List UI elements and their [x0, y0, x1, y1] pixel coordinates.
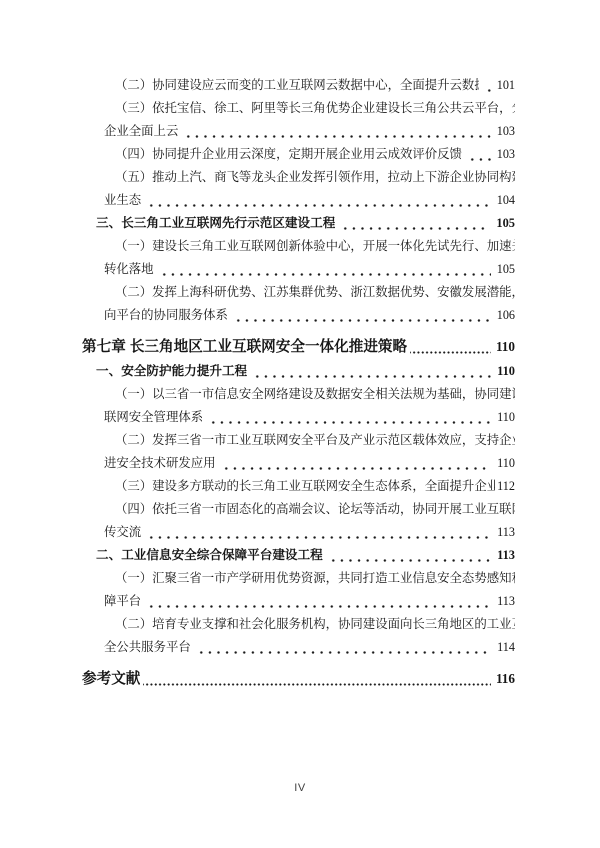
toc-page-number: 104: [497, 189, 515, 212]
toc-entry-text: （二）协同建设应云而变的工业互联网云数据中心，全面提升云数据服务水平: [115, 74, 479, 97]
toc-line: （一）汇聚三省一市产学研用优势资源，共同打造工业信息安全态势感知和综合保: [82, 567, 515, 590]
toc-line: （五）推动上汽、商飞等龙头企业发挥引领作用，拉动上下游企业协同构建云上产: [82, 166, 515, 189]
toc-line: （二）培育专业支撑和社会化服务机构，协同建设面向长三角地区的工业互联网安: [82, 613, 515, 636]
table-of-contents: （二）协同建设应云而变的工业互联网云数据中心，全面提升云数据服务水平101（三）…: [82, 74, 515, 692]
toc-entry-text: （四）协同提升企业用云深度，定期开展企业用云成效评价反馈: [115, 143, 462, 166]
toc-line: 业生态104: [82, 189, 515, 212]
dot-leader: [232, 304, 491, 327]
toc-entry: （一）建设长三角工业互联网创新体验中心，开展一体化先试先行、加速关键技术转化落地…: [82, 235, 515, 281]
toc-entry: （五）推动上汽、商飞等龙头企业发挥引领作用，拉动上下游企业协同构建云上产业生态1…: [82, 166, 515, 212]
toc-page-number: 113: [497, 521, 515, 544]
toc-line: （一）以三省一市信息安全网络建设及数据安全相关法规为基础，协同建设工业互: [82, 383, 515, 406]
dot-leader: [145, 590, 491, 613]
toc-entry-text: 转化落地: [104, 258, 154, 281]
toc-line: 障平台113: [82, 590, 515, 613]
dot-leader: [145, 189, 491, 212]
toc-entry-text: （二）发挥上海科研优势、江苏集群优势、浙江数据优势、安徽发展潜能，构建面: [115, 281, 515, 304]
toc-entry: （二）协同建设应云而变的工业互联网云数据中心，全面提升云数据服务水平101: [82, 74, 515, 97]
toc-entry-text: 第七章 长三角地区工业互联网安全一体化推进策略: [82, 334, 407, 360]
toc-entry-text: 一、安全防护能力提升工程: [96, 360, 247, 383]
toc-page-number: 105: [497, 258, 515, 281]
toc-entry-text: （一）以三省一市信息安全网络建设及数据安全相关法规为基础，协同建设工业互: [115, 383, 515, 406]
toc-entry: 参考文献116: [82, 666, 515, 692]
toc-line: （二）发挥三省一市工业互联网安全平台及产业示范区载体效应，支持企业协同推: [82, 429, 515, 452]
toc-entry-text: （一）建设长三角工业互联网创新体验中心，开展一体化先试先行、加速关键技术: [115, 235, 515, 258]
toc-entry: （二）发挥上海科研优势、江苏集群优势、浙江数据优势、安徽发展潜能，构建面向平台的…: [82, 281, 515, 327]
toc-line: （一）建设长三角工业互联网创新体验中心，开展一体化先试先行、加速关键技术: [82, 235, 515, 258]
dot-leader: [207, 406, 491, 429]
dot-leader: [145, 521, 491, 544]
dot-leader: [466, 143, 491, 166]
toc-entry: （一）以三省一市信息安全网络建设及数据安全相关法规为基础，协同建设工业互联网安全…: [82, 383, 515, 429]
toc-line: （四）依托三省一市固态化的高端会议、论坛等活动，协同开展工业互联网安全宣: [82, 498, 515, 521]
toc-entry-text: （三）依托宝信、徐工、阿里等长三角优势企业建设长三角公共云平台，分类推进: [115, 97, 515, 120]
toc-entry: （四）协同提升企业用云深度，定期开展企业用云成效评价反馈103: [82, 143, 515, 166]
toc-entry-text: 参考文献: [82, 666, 140, 692]
toc-page-number: 110: [496, 334, 515, 360]
dot-leader: [143, 666, 491, 692]
toc-entry: （二）培育专业支撑和社会化服务机构，协同建设面向长三角地区的工业互联网安全公共服…: [82, 613, 515, 659]
toc-page-number: 110: [497, 406, 515, 429]
toc-line: 进安全技术研发应用110: [82, 452, 515, 475]
toc-page-number: 116: [496, 666, 515, 692]
toc-page-number: 114: [497, 636, 515, 659]
toc-entry: 第七章 长三角地区工业互联网安全一体化推进策略110: [82, 334, 515, 360]
toc-entry: （二）发挥三省一市工业互联网安全平台及产业示范区载体效应，支持企业协同推进安全技…: [82, 429, 515, 475]
toc-line: 参考文献116: [82, 666, 515, 692]
toc-entry-text: 联网安全管理体系: [104, 406, 203, 429]
toc-line: 第七章 长三角地区工业互联网安全一体化推进策略110: [82, 334, 515, 360]
toc-entry-text: （二）培育专业支撑和社会化服务机构，协同建设面向长三角地区的工业互联网安: [115, 613, 515, 636]
toc-page-number: 103: [497, 143, 515, 166]
toc-entry: （一）汇聚三省一市产学研用优势资源，共同打造工业信息安全态势感知和综合保障平台1…: [82, 567, 515, 613]
toc-line: 传交流113: [82, 521, 515, 544]
toc-line: （四）协同提升企业用云深度，定期开展企业用云成效评价反馈103: [82, 143, 515, 166]
toc-entry-text: （三）建设多方联动的长三角工业互联网安全生态体系，全面提升企业安全防护能力: [115, 475, 495, 498]
toc-entry: 一、安全防护能力提升工程110: [82, 360, 515, 383]
toc-line: （三）建设多方联动的长三角工业互联网安全生态体系，全面提升企业安全防护能力112: [82, 475, 515, 498]
toc-line: （二）协同建设应云而变的工业互联网云数据中心，全面提升云数据服务水平101: [82, 74, 515, 97]
toc-line: （三）依托宝信、徐工、阿里等长三角优势企业建设长三角公共云平台，分类推进: [82, 97, 515, 120]
toc-entry: 二、工业信息安全综合保障平台建设工程113: [82, 544, 515, 567]
toc-entry: 三、长三角工业互联网先行示范区建设工程105: [82, 212, 515, 235]
toc-entry: （四）依托三省一市固态化的高端会议、论坛等活动，协同开展工业互联网安全宣传交流1…: [82, 498, 515, 544]
toc-entry-text: （五）推动上汽、商飞等龙头企业发挥引领作用，拉动上下游企业协同构建云上产: [115, 166, 515, 189]
dot-leader: [251, 360, 491, 383]
toc-entry-text: 三、长三角工业互联网先行示范区建设工程: [96, 212, 335, 235]
toc-page-number: 106: [497, 304, 515, 327]
toc-entry-text: （二）发挥三省一市工业互联网安全平台及产业示范区载体效应，支持企业协同推: [115, 429, 515, 452]
dot-leader: [483, 74, 491, 97]
toc-line: 二、工业信息安全综合保障平台建设工程113: [82, 544, 515, 567]
toc-entry: （三）建设多方联动的长三角工业互联网安全生态体系，全面提升企业安全防护能力112: [82, 475, 515, 498]
toc-line: （二）发挥上海科研优势、江苏集群优势、浙江数据优势、安徽发展潜能，构建面: [82, 281, 515, 304]
toc-page-number: 105: [496, 212, 515, 235]
dot-leader: [182, 120, 490, 143]
dot-leader: [327, 544, 491, 567]
toc-entry-text: 二、工业信息安全综合保障平台建设工程: [96, 544, 323, 567]
dot-leader: [410, 334, 491, 360]
toc-entry-text: 进安全技术研发应用: [104, 452, 216, 475]
toc-page-number: 113: [497, 544, 515, 567]
toc-page-number: 101: [497, 74, 515, 97]
toc-line: 向平台的协同服务体系106: [82, 304, 515, 327]
dot-leader: [158, 258, 491, 281]
dot-leader: [339, 212, 490, 235]
page-footer: IV: [0, 782, 600, 794]
toc-entry-text: 障平台: [104, 590, 141, 613]
toc-entry-text: 企业全面上云: [104, 120, 178, 143]
toc-line: 联网安全管理体系110: [82, 406, 515, 429]
toc-line: 全公共服务平台114: [82, 636, 515, 659]
toc-entry-text: 业生态: [104, 189, 141, 212]
toc-entry-text: 全公共服务平台: [104, 636, 191, 659]
toc-line: 三、长三角工业互联网先行示范区建设工程105: [82, 212, 515, 235]
toc-entry-text: 向平台的协同服务体系: [104, 304, 228, 327]
toc-line: 企业全面上云103: [82, 120, 515, 143]
dot-leader: [220, 452, 492, 475]
dot-leader: [195, 636, 491, 659]
toc-line: 转化落地105: [82, 258, 515, 281]
toc-page-number: 113: [497, 590, 515, 613]
toc-entry: （三）依托宝信、徐工、阿里等长三角优势企业建设长三角公共云平台，分类推进企业全面…: [82, 97, 515, 143]
toc-page-number: 110: [497, 452, 515, 475]
toc-page-number: 110: [497, 360, 515, 383]
toc-entry-text: 传交流: [104, 521, 141, 544]
toc-page-number: 112: [497, 475, 515, 498]
document-page: （二）协同建设应云而变的工业互联网云数据中心，全面提升云数据服务水平101（三）…: [0, 0, 600, 848]
toc-line: 一、安全防护能力提升工程110: [82, 360, 515, 383]
toc-entry-text: （四）依托三省一市固态化的高端会议、论坛等活动，协同开展工业互联网安全宣: [115, 498, 515, 521]
toc-entry-text: （一）汇聚三省一市产学研用优势资源，共同打造工业信息安全态势感知和综合保: [115, 567, 515, 590]
toc-page-number: 103: [497, 120, 515, 143]
footer-page-number: IV: [294, 782, 305, 794]
